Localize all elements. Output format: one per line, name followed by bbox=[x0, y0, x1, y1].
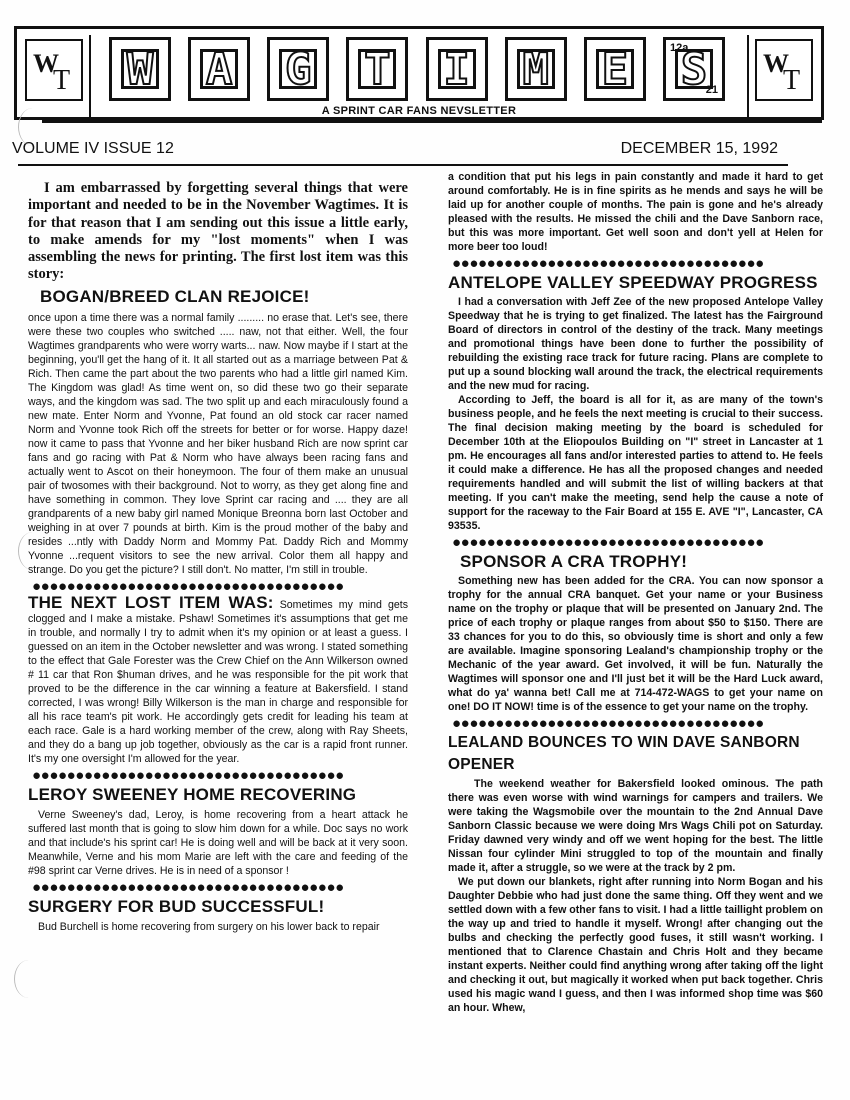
dot-separator: ●●●●●●●●●●●●●●●●●●●●●●●●●●●●●●●●●●●● bbox=[32, 767, 408, 784]
title-letter: G bbox=[267, 37, 329, 101]
masthead-shadow-bar bbox=[42, 119, 822, 123]
logo-t: T bbox=[53, 67, 70, 95]
punch-hole-mark bbox=[18, 532, 47, 570]
article-body-antelope-valley: I had a conversation with Jeff Zee of th… bbox=[448, 295, 823, 533]
car-number-21: 21 bbox=[706, 84, 718, 96]
dot-separator: ●●●●●●●●●●●●●●●●●●●●●●●●●●●●●●●●●●●● bbox=[32, 879, 408, 896]
masthead: W T W A G T I M E 12a S 21 W T A SPRINT … bbox=[14, 26, 824, 120]
issue-date: DECEMBER 15, 1992 bbox=[621, 140, 778, 158]
article-body-leroy-sweeney: Verne Sweeney's dad, Leroy, is home reco… bbox=[28, 808, 408, 878]
article-body-bogan-breed: once upon a time there was a normal fami… bbox=[28, 311, 408, 577]
title-letter: A bbox=[188, 37, 250, 101]
title-letter-s: 12a S 21 bbox=[663, 37, 725, 101]
masthead-title: W A G T I M E 12a S 21 bbox=[109, 37, 725, 101]
continued-bud-surgery: a condition that put his legs in pain co… bbox=[448, 170, 823, 254]
headline-next-lost-item: THE NEXT LOST ITEM WAS: bbox=[28, 593, 274, 612]
article-next-lost-item: THE NEXT LOST ITEM WAS: Sometimes my min… bbox=[28, 596, 408, 766]
left-column: I am embarrassed by forgetting several t… bbox=[28, 170, 408, 934]
article-body-next-lost-item: Sometimes my mind gets clogged and I mak… bbox=[28, 599, 408, 765]
title-letter: M bbox=[505, 37, 567, 101]
article-body-cra-trophy: Something new has been added for the CRA… bbox=[448, 574, 823, 714]
header-rule bbox=[18, 164, 788, 166]
car-number-12a: 12a bbox=[670, 42, 688, 54]
title-letter: T bbox=[346, 37, 408, 101]
punch-hole-mark bbox=[14, 960, 43, 998]
headline-antelope-valley: ANTELOPE VALLEY SPEEDWAY PROGRESS bbox=[448, 272, 823, 294]
right-column: a condition that put his legs in pain co… bbox=[448, 170, 823, 1015]
dot-separator: ●●●●●●●●●●●●●●●●●●●●●●●●●●●●●●●●●●●● bbox=[452, 534, 823, 551]
headline-cra-trophy: SPONSOR A CRA TROPHY! bbox=[448, 551, 823, 573]
wt-logo-left: W T bbox=[25, 39, 83, 101]
headline-bogan-breed: BOGAN/BREED CLAN REJOICE! bbox=[28, 286, 408, 308]
article-body-bud-surgery: Bud Burchell is home recovering from sur… bbox=[28, 920, 408, 934]
title-letter: W bbox=[109, 37, 171, 101]
dot-separator: ●●●●●●●●●●●●●●●●●●●●●●●●●●●●●●●●●●●● bbox=[452, 255, 823, 272]
article-body-lealand-bounces: The weekend weather for Bakersfield look… bbox=[448, 777, 823, 1015]
headline-lealand-bounces: LEALAND BOUNCES TO WIN DAVE SANBORN OPEN… bbox=[448, 732, 823, 776]
title-letter: I bbox=[426, 37, 488, 101]
headline-bud-surgery: SURGERY FOR BUD SUCCESSFUL! bbox=[28, 896, 408, 918]
intro-paragraph: I am embarrassed by forgetting several t… bbox=[28, 180, 408, 284]
headline-leroy-sweeney: LEROY SWEENEY HOME RECOVERING bbox=[28, 784, 408, 806]
newsletter-page: W T W A G T I M E 12a S 21 W T A SPRINT … bbox=[0, 0, 850, 1100]
logo-t: T bbox=[783, 67, 800, 95]
wt-logo-right: W T bbox=[755, 39, 813, 101]
dot-separator: ●●●●●●●●●●●●●●●●●●●●●●●●●●●●●●●●●●●● bbox=[452, 715, 823, 732]
title-letter: E bbox=[584, 37, 646, 101]
tagline: A SPRINT CAR FANS NEVSLETTER bbox=[17, 105, 821, 117]
punch-hole-mark bbox=[18, 108, 47, 146]
